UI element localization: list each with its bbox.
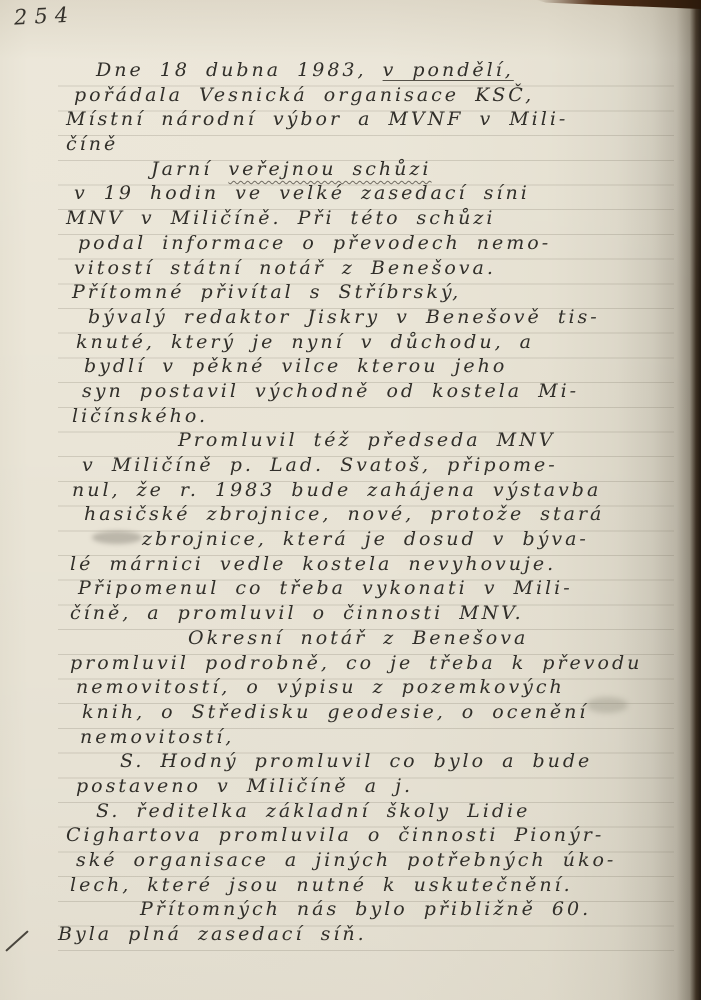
- manuscript-line: Místní národní výbor a MVNF v Mili-: [66, 107, 676, 132]
- text-segment: nemovitostí,: [80, 726, 234, 748]
- text-segment: promluvil podrobně, co je třeba k převod…: [70, 652, 642, 674]
- text-segment: S. ředitelka základní školy Lidie: [96, 800, 530, 822]
- manuscript-line: S. Hodný promluvil co bylo a bude: [120, 749, 676, 774]
- manuscript-line: Promluvil též předseda MNV: [178, 428, 676, 453]
- manuscript-line: číně: [66, 132, 676, 157]
- text-segment: S. Hodný promluvil co bylo a bude: [120, 750, 592, 772]
- manuscript-line: knuté, který je nyní v důchodu, a: [76, 330, 676, 355]
- text-segment: zbrojnice, která je dosud v býva-: [142, 528, 589, 550]
- manuscript-line: promluvil podrobně, co je třeba k převod…: [70, 651, 676, 676]
- text-segment: nemovitostí, o výpisu z pozemkových: [76, 676, 565, 698]
- text-segment: syn postavil východně od kostela Mi-: [82, 380, 579, 402]
- text-segment: knih, o Středisku geodesie, o ocenění: [82, 701, 588, 723]
- stray-pen-mark: [5, 930, 29, 952]
- manuscript-line: nemovitostí, o výpisu z pozemkových: [76, 675, 676, 700]
- manuscript-line: Připomenul co třeba vykonati v Mili-: [78, 576, 676, 601]
- text-segment: Promluvil též předseda MNV: [178, 429, 555, 451]
- manuscript-line: číně, a promluvil o činnosti MNV.: [70, 601, 676, 626]
- manuscript-line: ské organisace a jiných potřebných úko-: [76, 848, 676, 873]
- manuscript-line: vitostí státní notář z Benešova.: [74, 256, 676, 281]
- text-segment: číně, a promluvil o činnosti MNV.: [70, 602, 524, 624]
- manuscript-line: nul, že r. 1983 bude zahájena výstavba: [72, 478, 676, 503]
- text-segment: bývalý redaktor Jiskry v Benešově tis-: [88, 306, 600, 328]
- manuscript-line: Přítomných nás bylo přibližně 60.: [140, 897, 676, 922]
- manuscript-line: bývalý redaktor Jiskry v Benešově tis-: [88, 305, 676, 330]
- text-segment: lé márnici vedle kostela nevyhovuje.: [70, 553, 556, 575]
- text-segment: nul, že r. 1983 bude zahájena výstavba: [72, 479, 601, 501]
- text-segment: Dne 18 dubna 1983,: [96, 59, 383, 81]
- manuscript-line: Byla plná zasedací síň.: [58, 922, 676, 947]
- page-number: 254: [13, 2, 75, 29]
- book-cover-edge: [536, 0, 701, 12]
- text-segment: hasičské zbrojnice, nové, protože stará: [84, 503, 604, 525]
- text-segment: MNV v Miličíně. Při této schůzi: [66, 207, 496, 229]
- manuscript-line: pořádala Vesnická organisace KSČ,: [74, 83, 676, 108]
- manuscript-line: postaveno v Miličíně a j.: [76, 774, 676, 799]
- manuscript-line: Dne 18 dubna 1983, v pondělí,: [96, 58, 676, 83]
- manuscript-line: Jarní veřejnou schůzi: [151, 157, 676, 182]
- manuscript-line: Přítomné přivítal s Stříbrský,: [72, 280, 676, 305]
- manuscript-line: hasičské zbrojnice, nové, protože stará: [84, 502, 676, 527]
- manuscript-line: lech, které jsou nutné k uskutečnění.: [70, 873, 676, 898]
- text-segment: postaveno v Miličíně a j.: [76, 775, 413, 797]
- manuscript-line: v 19 hodin ve velké zasedací síni: [74, 181, 676, 206]
- text-segment: pořádala Vesnická organisace KSČ,: [74, 84, 534, 106]
- manuscript-line: ličínského.: [72, 404, 676, 429]
- text-segment: Okresní notář z Benešova: [188, 627, 528, 649]
- manuscript-line: bydlí v pěkné vilce kterou jeho: [84, 354, 676, 379]
- manuscript-lines: Dne 18 dubna 1983, v pondělí,pořádala Ve…: [66, 58, 676, 947]
- text-segment: bydlí v pěkné vilce kterou jeho: [84, 355, 507, 377]
- text-segment: Místní národní výbor a MVNF v Mili-: [66, 108, 568, 130]
- manuscript-line: syn postavil východně od kostela Mi-: [82, 379, 676, 404]
- text-segment: Byla plná zasedací síň.: [58, 923, 367, 945]
- manuscript-line: v Miličíně p. Lad. Svatoš, připome-: [82, 453, 676, 478]
- text-segment: vitostí státní notář z Benešova.: [74, 257, 496, 279]
- text-segment: Přítomných nás bylo přibližně 60.: [140, 898, 591, 920]
- text-segment: v 19 hodin ve velké zasedací síni: [74, 182, 530, 204]
- text-segment: Přítomné přivítal s Stříbrský,: [72, 281, 461, 303]
- text-segment: podal informace o převodech nemo-: [78, 232, 551, 254]
- text-segment: Jarní: [151, 158, 228, 180]
- text-segment: knuté, který je nyní v důchodu, a: [76, 331, 534, 353]
- text-segment: ličínského.: [72, 405, 208, 427]
- manuscript-line: S. ředitelka základní školy Lidie: [96, 799, 676, 824]
- scanned-chronicle-page: 254 Dne 18 dubna 1983, v pondělí,pořádal…: [0, 0, 701, 1000]
- text-segment: veřejnou schůzi: [228, 158, 431, 180]
- text-segment: Cighartova promluvila o činnosti Pionýr-: [66, 824, 604, 846]
- text-segment: lech, které jsou nutné k uskutečnění.: [70, 874, 573, 896]
- text-segment: v Miličíně p. Lad. Svatoš, připome-: [82, 454, 558, 476]
- manuscript-line: podal informace o převodech nemo-: [78, 231, 676, 256]
- manuscript-line: lé márnici vedle kostela nevyhovuje.: [70, 552, 676, 577]
- manuscript-line: nemovitostí,: [80, 725, 676, 750]
- manuscript-line: MNV v Miličíně. Při této schůzi: [66, 206, 676, 231]
- manuscript-line: knih, o Středisku geodesie, o ocenění: [82, 700, 676, 725]
- text-segment: v pondělí,: [383, 59, 514, 81]
- text-segment: Připomenul co třeba vykonati v Mili-: [78, 577, 573, 599]
- text-segment: číně: [66, 133, 118, 155]
- manuscript-line: Cighartova promluvila o činnosti Pionýr-: [66, 823, 676, 848]
- text-segment: ské organisace a jiných potřebných úko-: [76, 849, 616, 871]
- manuscript-line: Okresní notář z Benešova: [188, 626, 676, 651]
- manuscript-line: zbrojnice, která je dosud v býva-: [142, 527, 676, 552]
